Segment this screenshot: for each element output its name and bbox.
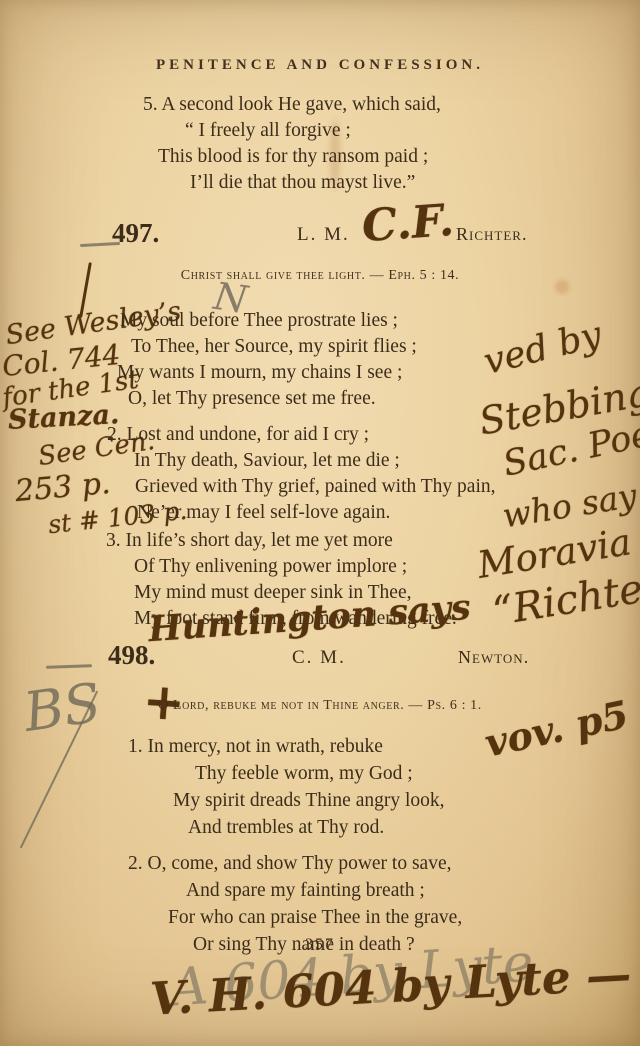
verse-line: 3. In life’s short day, let me yet more (106, 528, 457, 554)
verse-line: “ I freely all forgive ; (185, 118, 441, 144)
verse-line: Thy feeble worm, my God ; (195, 760, 445, 787)
pencil-dash-mark (46, 664, 92, 669)
verse-line: 2. Lost and undone, for aid I cry ; (107, 422, 496, 448)
hymn-498-author: Newton. (458, 647, 529, 668)
verse-line: Grieved with Thy grief, pained with Thy … (135, 474, 496, 500)
verse-line: Ne’er may I feel self-love again. (137, 500, 496, 526)
verse-line: To Thee, her Source, my spirit flies ; (131, 334, 417, 360)
previous-hymn-stanza-5: 5. A second look He gave, which said, “ … (143, 92, 441, 196)
hymn-498-meter: C. M. (292, 647, 346, 669)
hymn-497-meter: L. M. (297, 224, 350, 246)
verse-line: My soul before Thee prostrate lies ; (120, 308, 417, 334)
hymn-497-number: 497. (112, 218, 159, 249)
hymn-497-scripture: Christ shall give thee light. — Eph. 5 :… (0, 268, 640, 284)
verse-line: Of Thy enlivening power implore ; (134, 554, 457, 580)
verse-line: O, let Thy presence set me free. (128, 386, 417, 412)
verse-line: My spirit dreads Thine angry look, (173, 787, 445, 814)
verse-line: My wants I mourn, my chains I see ; (117, 360, 417, 386)
cf-handwritten-mark: C.F. (360, 195, 455, 252)
verse-line: For who can praise Thee in the grave, (168, 904, 462, 931)
margin-note-left: 253 p. (14, 466, 112, 509)
page-header: PENITENCE AND CONFESSION. (0, 57, 640, 74)
verse-line: In Thy death, Saviour, let me die ; (134, 448, 496, 474)
hymn-498-stanza-1: 1. In mercy, not in wrath, rebuke Thy fe… (128, 733, 445, 841)
verse-line: 2. O, come, and show Thy power to save, (128, 850, 462, 877)
hymnal-page-scan: PENITENCE AND CONFESSION. 5. A second lo… (0, 0, 640, 1046)
verse-line: And trembles at Thy rod. (188, 814, 445, 841)
verse-line: 5. A second look He gave, which said, (143, 92, 441, 118)
verse-line: I’ll die that thou mayst live.” (190, 170, 441, 196)
hymn-497-author: Richter. (456, 224, 527, 245)
verse-line: 1. In mercy, not in wrath, rebuke (128, 733, 445, 760)
margin-note-left: Stanza. (7, 399, 120, 436)
verse-line: And spare my fainting breath ; (186, 877, 462, 904)
hymn-498-number: 498. (108, 640, 155, 671)
hymn-497-stanza-1: My soul before Thee prostrate lies ; To … (117, 308, 417, 412)
verse-line: This blood is for thy ransom paid ; (158, 144, 441, 170)
hymn-497-stanza-2: 2. Lost and undone, for aid I cry ; In T… (107, 422, 496, 526)
margin-note-right: ved by (480, 314, 606, 383)
